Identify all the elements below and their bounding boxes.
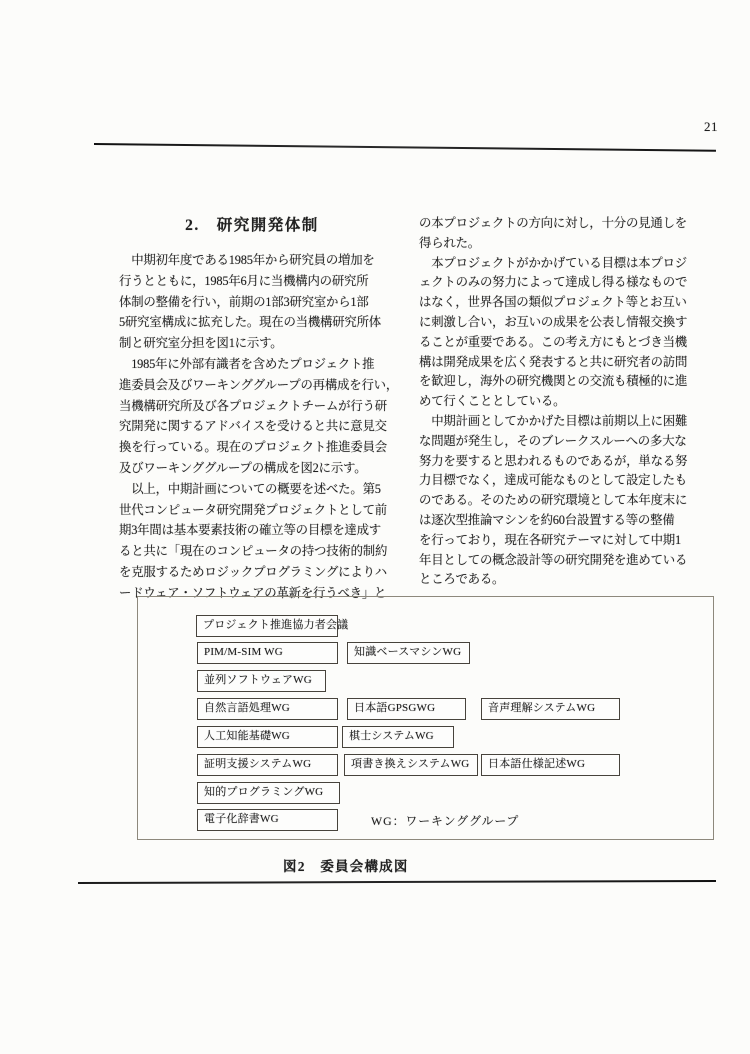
footer-rule: [78, 880, 716, 884]
text-line: めて行くこととしている。: [419, 392, 691, 412]
text-line: 制と研究室分担を図1に示す。: [119, 333, 391, 354]
wg-box-speech-understanding: 音声理解システムWG: [481, 698, 620, 720]
figure-legend: WG：ワーキンググループ: [371, 812, 519, 829]
wg-box-parallel-software: 並列ソフトウェアWG: [197, 670, 326, 692]
text-line: 及びワーキンググループの構成を図2に示す。: [119, 458, 391, 479]
text-line: 中期初年度である1985年から研究員の増加を: [119, 250, 391, 271]
text-line: 世代コンピュータ研究開発プロジェクトとして前: [119, 500, 391, 521]
text-line: はなく，世界各国の類似プロジェクト等とお互い: [419, 293, 691, 313]
section-heading: 2. 研究開発体制: [120, 213, 384, 235]
wg-box-ai-foundations: 人工知能基礎WG: [197, 726, 338, 748]
wg-box-natural-language: 自然言語処理WG: [197, 698, 338, 720]
text-line: 期3年間は基本要素技術の確立等の目標を達成す: [119, 520, 391, 541]
text-line: 得られた。: [419, 234, 691, 254]
wg-box-japanese-gpsg: 日本語GPSGWG: [347, 698, 466, 720]
text-line: 換を行っている。現在のプロジェクト推進委員会: [119, 437, 391, 458]
right-column: の本プロジェクトの方向に対し，十分の見通しを 得られた。 本プロジェクトがかかげ…: [419, 214, 691, 590]
text-line: ところである。: [419, 570, 691, 590]
text-line: を歓迎し，海外の研究機関との交流も積極的に進: [419, 372, 691, 392]
wg-box-pim-m-sim: PIM/M-SIM WG: [197, 642, 338, 664]
wg-box-intelligent-programming: 知的プログラミングWG: [197, 782, 340, 804]
page-number: 21: [704, 119, 718, 135]
text-line: 努力を要すると思われるものであるが，単なる努: [419, 452, 691, 472]
text-line: な問題が発生し，そのブレークスルーへの多大な: [419, 432, 691, 452]
wg-box-japanese-spec: 日本語仕様記述WG: [481, 754, 620, 776]
text-line: の本プロジェクトの方向に対し，十分の見通しを: [419, 214, 691, 234]
text-line: 体制の整備を行い，前期の1部3研究室から1部: [119, 292, 391, 313]
text-line: 進委員会及びワーキンググループの再構成を行い，: [119, 375, 391, 396]
wg-box-term-rewriting: 項書き換えシステムWG: [344, 754, 478, 776]
text-line: ると共に「現在のコンピュータの持つ技術的制約: [119, 541, 391, 562]
text-line: ェクトのみの努力によって達成し得る様なもので: [419, 273, 691, 293]
text-line: 当機構研究所及び各プロジェクトチームが行う研: [119, 396, 391, 417]
text-line: 以上，中期計画についての概要を述べた。第5: [119, 479, 391, 500]
text-line: ることが重要である。この考え方にもとづき当機: [419, 333, 691, 353]
text-line: 行うとともに，1985年6月に当機構内の研究所: [119, 271, 391, 292]
text-line: のである。そのための研究環境として本年度末に: [419, 491, 691, 511]
header-rule: [94, 143, 716, 152]
figure-caption: 図2 委員会構成図: [283, 855, 409, 875]
text-line: を行っており，現在各研究テーマに対して中期1: [419, 531, 691, 551]
text-line: 5研究室構成に拡充した。現在の当機構研究所体: [119, 312, 391, 333]
left-column: 中期初年度である1985年から研究員の増加を 行うとともに，1985年6月に当機…: [119, 250, 391, 604]
text-line: 中期計画としてかかげた目標は前期以上に困難: [419, 412, 691, 432]
document-page: 21 2. 研究開発体制 中期初年度である1985年から研究員の増加を 行うとと…: [0, 0, 750, 1054]
text-line: に刺激し合い，お互いの成果を公表し情報交換す: [419, 313, 691, 333]
wg-box-electronic-dictionary: 電子化辞書WG: [197, 809, 338, 831]
text-line: 年目としての概念設計等の研究開発を進めている: [419, 551, 691, 571]
wg-box-council: プロジェクト推進協力者会議: [196, 615, 338, 637]
wg-box-proof-support: 証明支援システムWG: [197, 754, 338, 776]
text-line: 1985年に外部有識者を含めたプロジェクト推: [119, 354, 391, 375]
text-line: 本プロジェクトがかかげている目標は本プロジ: [419, 254, 691, 274]
text-line: 力目標でなく，達成可能なものとして設定したも: [419, 471, 691, 491]
text-line: 究開発に関するアドバイスを受けると共に意見交: [119, 416, 391, 437]
wg-box-knowledge-base-machine: 知識ベースマシンWG: [347, 642, 470, 664]
text-line: 構は開発成果を広く発表すると共に研究者の訪問: [419, 353, 691, 373]
wg-box-kishi-system: 棋士システムWG: [342, 726, 454, 748]
text-line: は逐次型推論マシンを約60台設置する等の整備: [419, 511, 691, 531]
text-line: を克服するためロジックプログラミングによりハ: [119, 562, 391, 583]
